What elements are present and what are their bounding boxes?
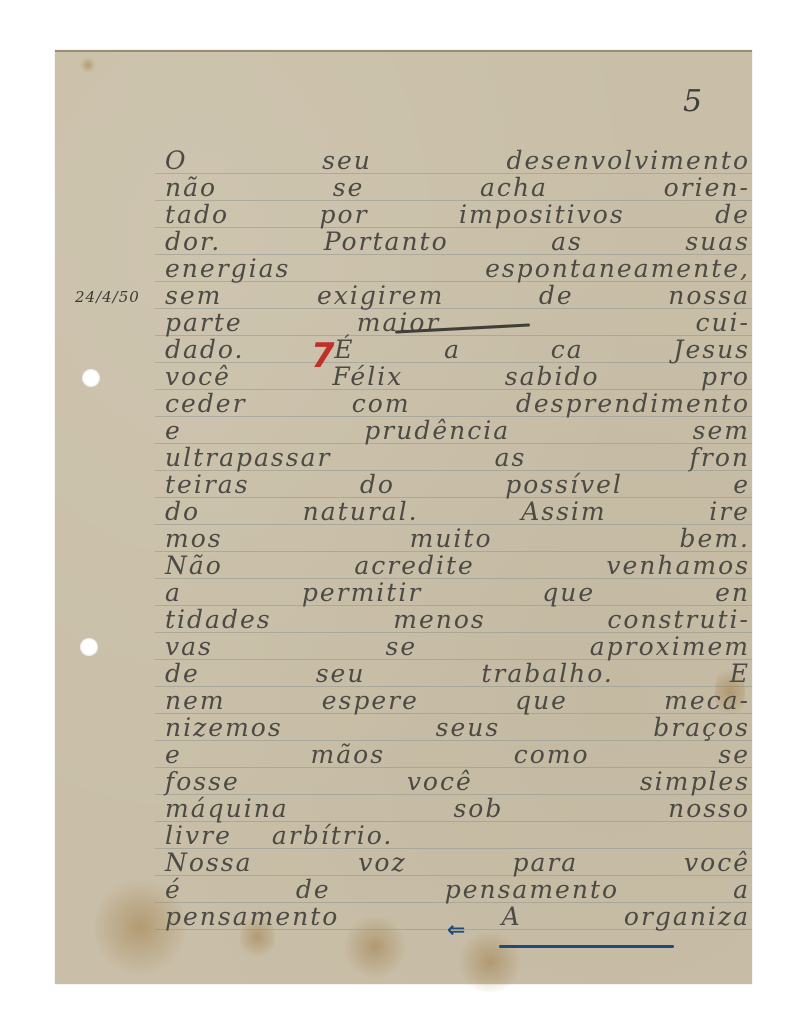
word: as xyxy=(495,444,527,471)
word: por xyxy=(320,201,369,228)
word: sob xyxy=(453,795,503,822)
handwritten-line: a permitir que en xyxy=(165,579,750,606)
word: orien- xyxy=(664,174,750,201)
handwritten-line: sem exigirem de nossa xyxy=(165,282,750,309)
word: menos xyxy=(393,606,485,633)
word: nossa xyxy=(668,282,750,309)
word: você xyxy=(165,363,231,390)
handwritten-line: dor. Portanto as suas xyxy=(165,228,750,255)
word: seu xyxy=(322,147,372,174)
word: de xyxy=(715,201,750,228)
manuscript-page: 5 24/4/50 O seu desenvolvimento não se a… xyxy=(55,50,752,984)
word: do xyxy=(165,498,200,525)
word: sem xyxy=(693,417,750,444)
word: en xyxy=(715,579,750,606)
handwritten-line: O seu desenvolvimento xyxy=(165,147,750,174)
word: vas xyxy=(165,633,213,660)
handwritten-line: parte maior — cui- xyxy=(165,309,750,336)
word: espontaneamente, xyxy=(485,255,750,282)
word: de xyxy=(539,282,574,309)
word: espere xyxy=(322,687,419,714)
word: organiza xyxy=(624,903,750,930)
word: a xyxy=(444,336,461,363)
blue-underline xyxy=(499,945,674,948)
handwritten-line: do natural. Assim ire xyxy=(165,498,750,525)
word: nizemos xyxy=(165,714,283,741)
word: as xyxy=(551,228,583,255)
punch-hole-bottom xyxy=(80,638,98,656)
handwritten-line: fosse você simples xyxy=(165,768,750,795)
word: sabido xyxy=(505,363,600,390)
word: natural. xyxy=(303,498,419,525)
word: desprendimento xyxy=(516,390,750,417)
word: E xyxy=(730,660,750,687)
word: e xyxy=(165,417,182,444)
handwritten-line: ultrapassar as fron xyxy=(165,444,750,471)
word: pensamento xyxy=(165,903,339,930)
word: seus xyxy=(436,714,501,741)
word: e xyxy=(733,471,750,498)
word: Assim xyxy=(521,498,606,525)
word: simples xyxy=(640,768,750,795)
word: é xyxy=(165,876,182,903)
word: Félix xyxy=(332,363,403,390)
word: a xyxy=(165,579,182,606)
word: voz xyxy=(358,849,406,876)
word: não xyxy=(165,174,217,201)
handwritten-line: tado por impositivos de xyxy=(165,201,750,228)
word: para xyxy=(512,849,578,876)
margin-date: 24/4/50 xyxy=(75,288,140,306)
word: com xyxy=(352,390,411,417)
word: possível xyxy=(505,471,623,498)
word: Jesus xyxy=(673,336,750,363)
word: se xyxy=(386,633,418,660)
word: suas xyxy=(685,228,750,255)
handwritten-line: de seu trabalho. E xyxy=(165,660,750,687)
word: você xyxy=(684,849,750,876)
word: prudência xyxy=(364,417,510,444)
word: aproximem xyxy=(590,633,750,660)
word: dado. xyxy=(165,336,244,363)
word: nosso xyxy=(668,795,750,822)
word: impositivos xyxy=(459,201,625,228)
word: e xyxy=(165,741,182,768)
word: sem xyxy=(165,282,222,309)
word: arbítrio. xyxy=(272,822,393,849)
handwritten-line: ceder com desprendimento xyxy=(165,390,750,417)
word: acredite xyxy=(354,552,475,579)
handwritten-line: dado. É a ca Jesus xyxy=(165,336,750,363)
word: se xyxy=(333,174,365,201)
word: do xyxy=(360,471,395,498)
word: ceder xyxy=(165,390,247,417)
word: nem xyxy=(165,687,226,714)
word: Portanto xyxy=(324,228,449,255)
word: parte xyxy=(165,309,243,336)
foxing-stain xyxy=(455,932,525,992)
word: energias xyxy=(165,255,290,282)
word: que xyxy=(542,579,595,606)
handwritten-line: é de pensamento a xyxy=(165,876,750,903)
handwritten-line: teiras do possível e xyxy=(165,471,750,498)
word: cui- xyxy=(695,309,750,336)
word: pensamento xyxy=(445,876,619,903)
handwritten-line: livre arbítrio. xyxy=(165,822,750,849)
word: exigirem xyxy=(317,282,444,309)
handwritten-line: mos muito bem. xyxy=(165,525,750,552)
word: teiras xyxy=(165,471,250,498)
word: ultrapassar xyxy=(165,444,331,471)
word: trabalho. xyxy=(481,660,613,687)
word: ca xyxy=(551,336,584,363)
handwritten-line: nizemos seus braços xyxy=(165,714,750,741)
word: venhamos xyxy=(606,552,750,579)
word: você xyxy=(407,768,473,795)
handwritten-line: Não acredite venhamos xyxy=(165,552,750,579)
word: dor. xyxy=(165,228,221,255)
word: mos xyxy=(165,525,223,552)
blue-arrow-icon: ⇐ xyxy=(447,918,465,943)
foxing-stain xyxy=(80,57,96,73)
handwritten-line: e mãos como se xyxy=(165,741,750,768)
word: fosse xyxy=(165,768,240,795)
word: A xyxy=(502,903,522,930)
word: muito xyxy=(410,525,493,552)
word: acha xyxy=(480,174,548,201)
handwritten-line: energias espontaneamente, xyxy=(165,255,750,282)
word: de xyxy=(296,876,331,903)
punch-hole-top xyxy=(82,369,100,387)
handwritten-line: máquina sob nosso xyxy=(165,795,750,822)
word: Nossa xyxy=(165,849,253,876)
word: tado xyxy=(165,201,229,228)
word: máquina xyxy=(165,795,289,822)
word: que xyxy=(515,687,568,714)
word: permitir xyxy=(302,579,422,606)
handwritten-line: não se acha orien- xyxy=(165,174,750,201)
handwritten-line: e prudência sem xyxy=(165,417,750,444)
word: O xyxy=(165,147,188,174)
word: livre xyxy=(165,822,232,849)
word: de xyxy=(165,660,200,687)
word: como xyxy=(514,741,590,768)
word: bem. xyxy=(680,525,750,552)
word: tidades xyxy=(165,606,272,633)
word: seu xyxy=(316,660,366,687)
page-number: 5 xyxy=(683,84,702,119)
word: se xyxy=(718,741,750,768)
handwritten-line: vas se aproximem xyxy=(165,633,750,660)
word: ire xyxy=(709,498,750,525)
word: construti- xyxy=(607,606,750,633)
word: desenvolvimento xyxy=(506,147,750,174)
handwritten-line: tidades menos construti- xyxy=(165,606,750,633)
word: fron xyxy=(690,444,750,471)
word: braços xyxy=(653,714,750,741)
handwritten-line: Nossa voz para você xyxy=(165,849,750,876)
handwritten-line: você Félix sabido pro xyxy=(165,363,750,390)
handwritten-line: nem espere que meca- xyxy=(165,687,750,714)
word: pro xyxy=(701,363,750,390)
word: mãos xyxy=(311,741,386,768)
word: meca- xyxy=(664,687,750,714)
word: a xyxy=(733,876,750,903)
word: Não xyxy=(165,552,223,579)
